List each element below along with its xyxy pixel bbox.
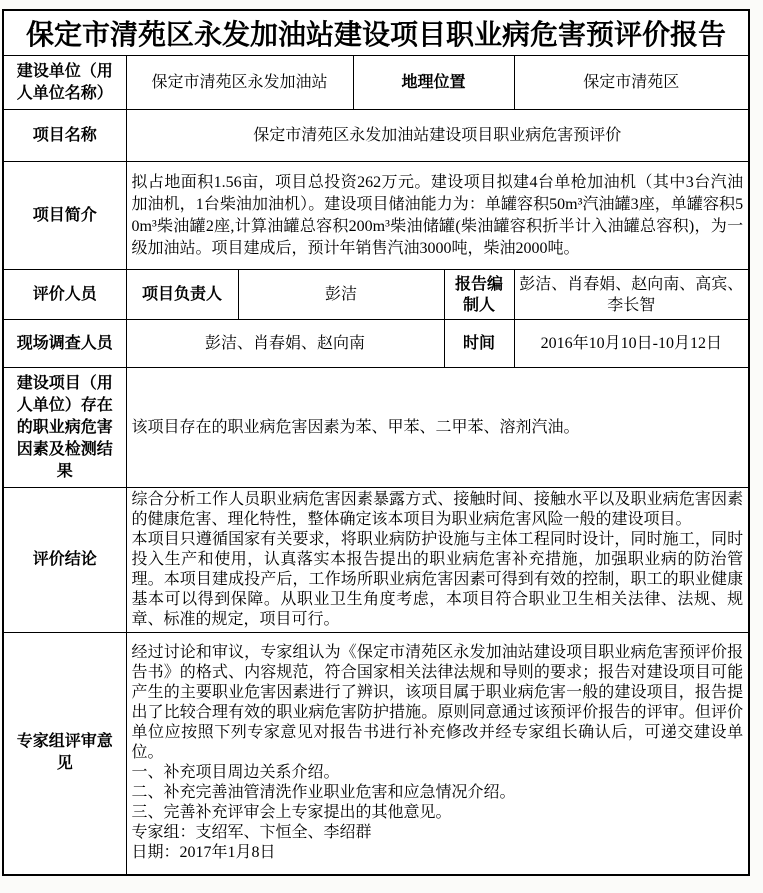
expert-group-signature: 专家组：支绍军、卞恒全、李绍群 (132, 823, 744, 843)
expert-review-item-1: 一、补充项目周边关系介绍。 (132, 763, 744, 783)
report-writers-label: 报告编制人 (444, 270, 514, 320)
project-name-value: 保定市清苑区永发加油站建设项目职业病危害预评价 (126, 110, 749, 162)
row-conclusion: 评价结论 综合分析工作人员职业病危害因素暴露方式、接触时间、接触水平以及职业病危… (3, 488, 749, 633)
survey-time-label: 时间 (444, 320, 514, 368)
review-date: 日期：2017年1月8日 (132, 843, 744, 863)
hazard-factors-label: 建设项目（用人单位）存在的职业病危害因素及检测结果 (3, 368, 126, 488)
site-survey-label: 现场调查人员 (3, 320, 126, 368)
project-intro-label: 项目简介 (3, 162, 126, 270)
row-expert-review: 专家组评审意见 经过讨论和审议，专家组认为《保定市清苑区永发加油站建设项目职业病… (3, 633, 749, 875)
project-intro-value: 拟占地面积1.56亩，项目总投资262万元。建设项目拟建4台单枪加油机（其中3台… (126, 162, 749, 270)
row-site-survey: 现场调查人员 彭洁、肖春娟、赵向南 时间 2016年10月10日-10月12日 (3, 320, 749, 368)
row-project-name: 项目名称 保定市清苑区永发加油站建设项目职业病危害预评价 (3, 110, 749, 162)
construction-unit-label: 建设单位（用人单位名称） (3, 56, 126, 110)
title-row: 保定市清苑区永发加油站建设项目职业病危害预评价报告 (3, 10, 749, 56)
conclusion-paragraph-2: 本项目只遵循国家有关要求，将职业病防护设施与主体工程同时设计，同时施工，同时投入… (132, 530, 744, 630)
location-label: 地理位置 (353, 56, 514, 110)
expert-review-item-3: 三、完善补充评审会上专家提出的其他意见。 (132, 803, 744, 823)
conclusion-paragraph-1: 综合分析工作人员职业病危害因素暴露方式、接触时间、接触水平以及职业病危害因素的健… (132, 490, 744, 530)
row-hazard-factors: 建设项目（用人单位）存在的职业病危害因素及检测结果 该项目存在的职业病危害因素为… (3, 368, 749, 488)
report-writers-value: 彭洁、肖春娟、赵向南、高宾、李长智 (514, 270, 749, 320)
expert-review-value: 经过讨论和审议，专家组认为《保定市清苑区永发加油站建设项目职业病危害预评价报告书… (126, 633, 749, 875)
project-leader-label: 项目负责人 (126, 270, 238, 320)
location-value: 保定市清苑区 (514, 56, 749, 110)
site-survey-value: 彭洁、肖春娟、赵向南 (126, 320, 444, 368)
hazard-factors-value: 该项目存在的职业病危害因素为苯、甲苯、二甲苯、溶剂汽油。 (126, 368, 749, 488)
expert-review-paragraph: 经过讨论和审议，专家组认为《保定市清苑区永发加油站建设项目职业病危害预评价报告书… (132, 643, 744, 763)
project-name-label: 项目名称 (3, 110, 126, 162)
row-basic-info: 建设单位（用人单位名称） 保定市清苑区永发加油站 地理位置 保定市清苑区 (3, 56, 749, 110)
construction-unit-value: 保定市清苑区永发加油站 (126, 56, 353, 110)
survey-time-value: 2016年10月10日-10月12日 (514, 320, 749, 368)
report-title: 保定市清苑区永发加油站建设项目职业病危害预评价报告 (3, 10, 749, 56)
page: 保定市清苑区永发加油站建设项目职业病危害预评价报告 建设单位（用人单位名称） 保… (0, 0, 763, 893)
conclusion-label: 评价结论 (3, 488, 126, 633)
expert-review-label: 专家组评审意见 (3, 633, 126, 875)
row-evaluators: 评价人员 项目负责人 彭洁 报告编制人 彭洁、肖春娟、赵向南、高宾、李长智 (3, 270, 749, 320)
row-project-intro: 项目简介 拟占地面积1.56亩，项目总投资262万元。建设项目拟建4台单枪加油机… (3, 162, 749, 270)
evaluators-label: 评价人员 (3, 270, 126, 320)
conclusion-value: 综合分析工作人员职业病危害因素暴露方式、接触时间、接触水平以及职业病危害因素的健… (126, 488, 749, 633)
expert-review-item-2: 二、补充完善油管清洗作业职业危害和应急情况介绍。 (132, 783, 744, 803)
project-leader-value: 彭洁 (238, 270, 444, 320)
report-table: 保定市清苑区永发加油站建设项目职业病危害预评价报告 建设单位（用人单位名称） 保… (2, 9, 750, 876)
